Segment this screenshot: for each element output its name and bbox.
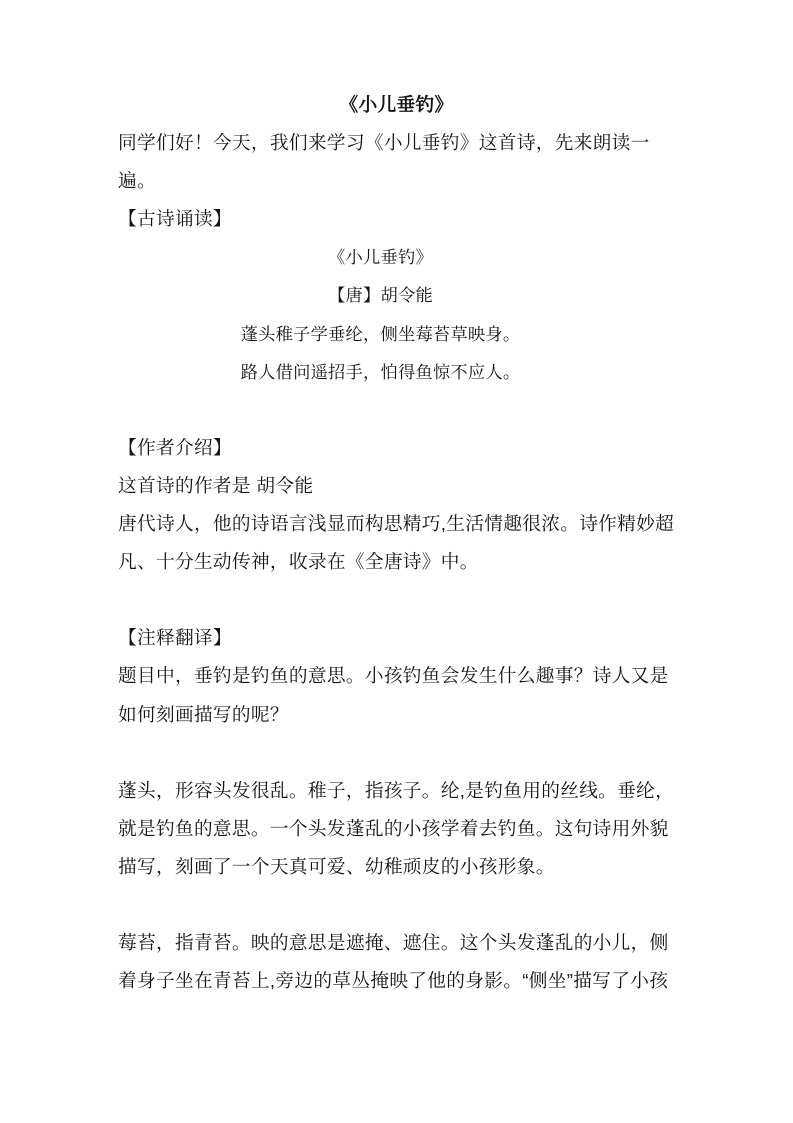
poem-block: 《小儿垂钓》 【唐】胡令能 蓬头稚子学垂纶，侧坐莓苔草映身。 路人借问遥招手，怕… <box>102 238 659 390</box>
notes-para2-line-2: 就是钓鱼的意思。一个头发蓬乱的小孩学着去钓鱼。这句诗用外貌 <box>118 810 675 848</box>
blank-line <box>118 581 675 619</box>
poem-verse-1: 蓬头稚子学垂纶，侧坐莓苔草映身。 <box>102 315 659 353</box>
poem-verse-2: 路人借问遥招手，怕得鱼惊不应人。 <box>102 353 659 391</box>
intro-line-1: 同学们好！今天，我们来学习《小儿垂钓》这首诗，先来朗读一 <box>118 124 675 162</box>
notes-para2-line-3: 描写，刻画了一个天真可爱、幼稚顽皮的小孩形象。 <box>118 848 675 886</box>
author-section-heading: 【作者介绍】 <box>118 429 675 467</box>
poem-title: 《小儿垂钓》 <box>102 238 659 276</box>
blank-line <box>118 734 675 772</box>
document-title: 《小儿垂钓》 <box>118 86 675 124</box>
recite-section-heading: 【古诗诵读】 <box>118 200 675 238</box>
blank-line <box>118 391 675 429</box>
document-content: 《小儿垂钓》 同学们好！今天，我们来学习《小儿垂钓》这首诗，先来朗读一 遍。 【… <box>118 86 675 1000</box>
poem-author: 【唐】胡令能 <box>102 276 659 314</box>
document-page: 《小儿垂钓》 同学们好！今天，我们来学习《小儿垂钓》这首诗，先来朗读一 遍。 【… <box>0 0 793 1123</box>
author-section-line-3: 凡、十分生动传神，收录在《全唐诗》中。 <box>118 543 675 581</box>
intro-line-2: 遍。 <box>118 162 675 200</box>
notes-para1-line-2: 如何刻画描写的呢？ <box>118 696 675 734</box>
blank-line <box>118 886 675 924</box>
notes-para3-line-2: 着身子坐在青苔上,旁边的草丛掩映了他的身影。“侧坐”描写了小孩 <box>118 962 675 1000</box>
notes-section-heading: 【注释翻译】 <box>118 619 675 657</box>
author-section-line-1: 这首诗的作者是 胡令能 <box>118 467 675 505</box>
notes-para2-line-1: 蓬头，形容头发很乱。稚子，指孩子。纶,是钓鱼用的丝线。垂纶， <box>118 772 675 810</box>
author-section-line-2: 唐代诗人，他的诗语言浅显而构思精巧,生活情趣很浓。诗作精妙超 <box>118 505 675 543</box>
notes-para1-line-1: 题目中，垂钓是钓鱼的意思。小孩钓鱼会发生什么趣事？诗人又是 <box>118 657 675 695</box>
notes-para3-line-1: 莓苔，指青苔。映的意思是遮掩、遮住。这个头发蓬乱的小儿，侧 <box>118 924 675 962</box>
